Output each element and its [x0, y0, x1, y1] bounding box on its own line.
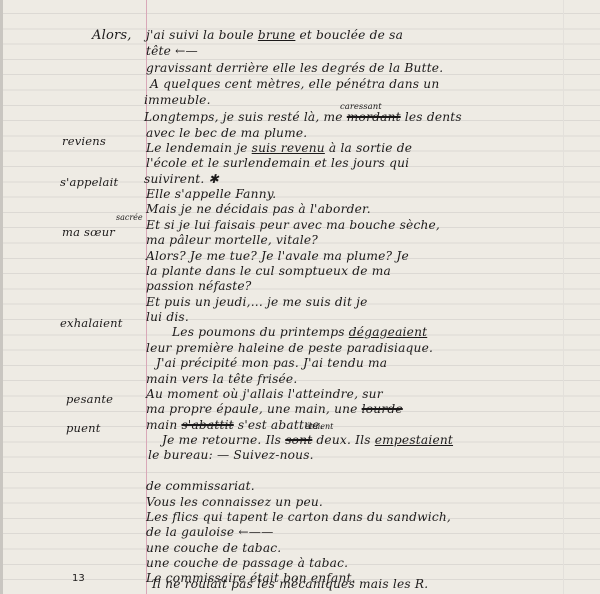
text-segment: deux. Ils: [312, 433, 374, 447]
text-line: le bureau: — Suivez-nous.: [148, 448, 314, 462]
underlined-word: brune: [258, 28, 296, 42]
text-line: gravissant derrière elle les degrés de l…: [146, 61, 443, 75]
text-line: Et si je lui faisais peur avec ma bouche…: [146, 218, 440, 232]
text-line: A quelques cent mètres, elle pénétra dan…: [150, 77, 439, 91]
struck-word: s'abattit: [181, 418, 233, 432]
text-line: Longtemps, je suis resté là, me mordant …: [144, 110, 462, 124]
text-segment: les dents: [401, 110, 462, 124]
text-line-last: Il ne roulait pas les mécaniques mais le…: [152, 577, 428, 591]
insertion-etaient: étaient: [305, 422, 333, 431]
margin-note-reviens: reviens: [62, 134, 106, 148]
struck-word: lourde: [362, 402, 403, 416]
underlined-word: dégageaient: [349, 325, 427, 339]
margin-note-puent: puent: [66, 421, 101, 435]
struck-word: mordant: [347, 110, 401, 124]
text-line: J'ai précipité mon pas. J'ai tendu ma: [156, 356, 387, 370]
text-line: Mais je ne décidais pas à l'aborder.: [146, 202, 371, 216]
text-line: une couche de passage à tabac.: [146, 556, 348, 570]
margin-note-ma-soeur: ma sœur: [62, 225, 115, 239]
text-segment: ma propre épaule, une main, une: [146, 402, 362, 416]
text-line: une couche de tabac.: [146, 541, 281, 555]
right-fold-line: [563, 0, 564, 594]
text-line: l'école et le surlendemain et les jours …: [146, 156, 409, 170]
margin-note-exhalaient: exhalaient: [60, 316, 123, 330]
text-segment: et bouclée de sa: [295, 28, 403, 42]
text-segment: Les poumons du printemps: [172, 325, 349, 339]
text-line: Je me retourne. Ils sont deux. Ils empes…: [162, 433, 453, 447]
underlined-word: suis revenu: [252, 141, 325, 155]
margin-note-alors: Alors,: [92, 28, 132, 43]
text-line: de commissariat.: [146, 479, 255, 493]
text-line: passion néfaste?: [146, 279, 251, 293]
text-line: de la gauloise ←——: [146, 525, 274, 539]
text-line: Et puis un jeudi,... je me suis dit je: [146, 295, 368, 309]
margin-superscript-sacree: sacrée: [116, 213, 143, 222]
text-line: avec le bec de ma plume.: [146, 126, 307, 140]
page-left-edge: [0, 0, 3, 594]
text-line: Vous les connaissez un peu.: [146, 495, 323, 509]
text-line: main s'abattit s'est abattue.: [146, 418, 324, 432]
text-segment: j'ai suivi la boule: [146, 28, 258, 42]
text-line: Elle s'appelle Fanny.: [146, 187, 276, 201]
text-line: lui dis.: [146, 310, 189, 324]
page-number: 13: [72, 573, 85, 584]
margin-note-sappelait: s'appelait: [60, 175, 118, 189]
text-segment: Longtemps, je suis resté là, me: [144, 110, 347, 124]
text-line: immeuble.: [144, 93, 211, 107]
text-segment: main: [146, 418, 181, 432]
text-segment: Le lendemain je: [146, 141, 252, 155]
text-line: leur première haleine de peste paradisia…: [146, 341, 433, 355]
text-line: main vers la tête frisée.: [146, 372, 297, 386]
text-line: tête ←—: [146, 44, 198, 58]
text-line: Les flics qui tapent le carton dans du s…: [146, 510, 451, 524]
underlined-word: empestaient: [375, 433, 453, 447]
text-line: ma pâleur mortelle, vitale?: [146, 233, 318, 247]
text-line: Le lendemain je suis revenu à la sortie …: [146, 141, 412, 155]
text-line: suivirent. ✱: [144, 172, 219, 186]
text-line: j'ai suivi la boule brune et bouclée de …: [146, 28, 403, 42]
text-line: Au moment où j'allais l'atteindre, sur: [146, 387, 383, 401]
text-segment: à la sortie de: [325, 141, 412, 155]
text-line: Alors? Je me tue? Je l'avale ma plume? J…: [146, 249, 409, 263]
struck-word: sont: [285, 433, 312, 447]
margin-note-pesante: pesante: [66, 392, 113, 406]
text-line: ma propre épaule, une main, une lourde: [146, 402, 403, 416]
text-line: la plante dans le cul somptueux de ma: [146, 264, 391, 278]
text-line: Les poumons du printemps dégageaient: [172, 325, 427, 339]
text-segment: Je me retourne. Ils: [162, 433, 285, 447]
notebook-page: Alors, reviens s'appelait ma sœur sacrée…: [0, 0, 600, 594]
